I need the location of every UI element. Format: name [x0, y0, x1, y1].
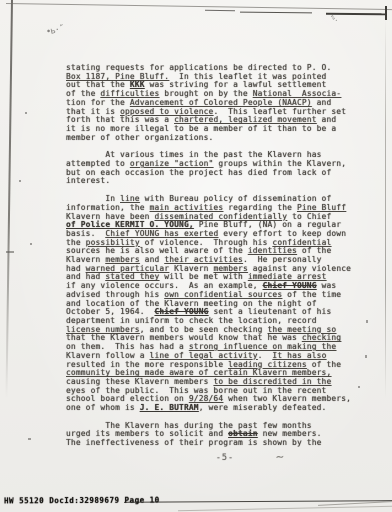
pencil-smudge: •ь·˝ [45, 24, 64, 37]
scan-speck [19, 180, 21, 182]
text-line: one of whom is J. E. BUTRAM, were misera… [66, 404, 366, 413]
scan-speck [28, 438, 31, 440]
text-line: member of other organizations. [66, 134, 366, 143]
paragraph: At various times in the past the Klavern… [66, 151, 366, 186]
page-top-edge-segment [205, 10, 235, 12]
page-left-edge-line [5, 0, 13, 398]
scan-speck [366, 320, 368, 323]
paragraph: In line with Bureau policy of disseminat… [66, 195, 366, 413]
page-bottom-edge-line [178, 506, 392, 511]
paragraph: stating requests for applications be dir… [66, 64, 366, 142]
nara-release-stamp: HW 55120 DocId:32989679 Page 10 [4, 496, 160, 506]
text-line: but on each occasion the project has die… [66, 169, 366, 178]
paragraph: The Klavern has during the past few mont… [66, 422, 366, 448]
pencil-smudge: ∿. [329, 13, 339, 23]
scan-speck [30, 243, 32, 245]
scan-speck [6, 251, 14, 253]
page-top-edge-line [6, 3, 392, 10]
scanned-document-page: •ь·˝ ∿. stating requests for application… [0, 0, 392, 512]
page-right-edge-line [385, 18, 386, 398]
pencil-dash-mark: ~ [275, 450, 284, 466]
document-body: stating requests for applications be dir… [66, 64, 366, 457]
scan-speck [25, 112, 27, 114]
text-line: The ineffectiveness of their program is … [66, 439, 366, 448]
page-number: -5- [205, 453, 245, 463]
page-top-edge-segment [240, 12, 312, 14]
text-line: interest. [66, 177, 366, 186]
